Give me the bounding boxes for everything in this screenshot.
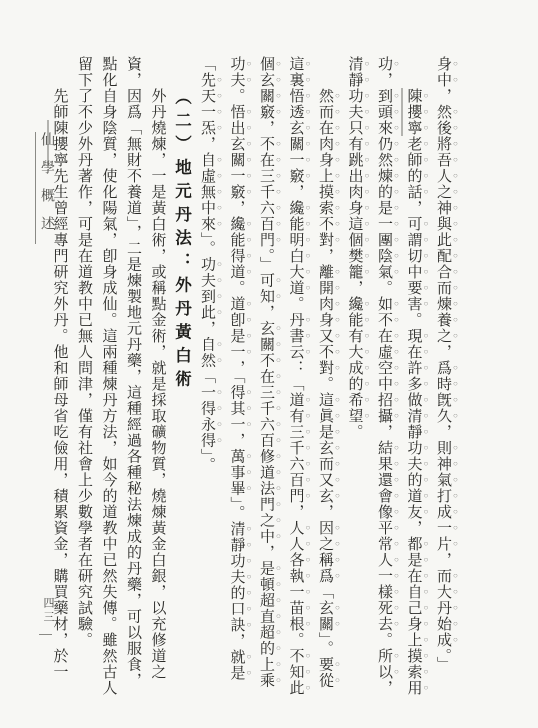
paragraph-master-research: 先師陳攖寧先生曾經專門研究外丹。他和師母省吃儉用，積累資金，購買藥材，於一 <box>47 56 72 698</box>
paragraph-waidan-text: 外丹燒煉，一是黃白術，或稱點金術，就是採取礦物質，燒煉黃金白銀，以充修道之資，因… <box>76 56 166 696</box>
paragraph-waidan: 外丹燒煉，一是黃白術，或稱點金術，就是採取礦物質，燒煉黃金白銀，以充修道之資，因… <box>72 56 170 698</box>
paragraph-master-text: 先生曾經專門研究外丹。他和師母省吃儉用，積累資金，購買藥材，於一 <box>52 168 68 680</box>
section-heading: （二）地元丹法：外丹黃白術 <box>170 56 195 698</box>
proper-name-chen-yingning: 陳攖寧 <box>406 88 422 136</box>
paragraph-comment: 陳攖寧老師的話，可謂切中要害。現在許多做清靜功夫的道友，都是在自己身上摸索用功，… <box>342 56 431 698</box>
book-page: 仙學概述 四三 身中，然後將吾人之神與此配合而煉養之，爲時旣久，則神氣打成一片，… <box>0 0 538 728</box>
paragraph-quote-end-text: 身中，然後將吾人之神與此配合而煉養之，爲時旣久，則神氣打成一片，而大丹始成。」 <box>435 56 451 673</box>
paragraph-master-prefix: 先師 <box>52 88 68 120</box>
paragraph-xuanguan-text: 然而在肉身上摸索不對，離開肉身又不對。這眞是玄而又玄，因之稱爲「玄關」。要從這裏… <box>199 56 333 696</box>
paragraph-quote-end: 身中，然後將吾人之神與此配合而煉養之，爲時旣久，則神氣打成一片，而大丹始成。」 <box>431 56 461 698</box>
proper-name-chen-yingning-2: 陳攖寧 <box>52 120 68 168</box>
paragraph-xuanguan: 然而在肉身上摸索不對，離開肉身又不對。這眞是玄而又玄，因之稱爲「玄關」。要從這裏… <box>195 56 343 698</box>
body-text: 身中，然後將吾人之神與此配合而煉養之，爲時旣久，則神氣打成一片，而大丹始成。」 … <box>47 56 460 698</box>
paragraph-comment-text: 老師的話，可謂切中要害。現在許多做清靜功夫的道友，都是在自己身上摸索用功，到頭來… <box>347 56 422 696</box>
